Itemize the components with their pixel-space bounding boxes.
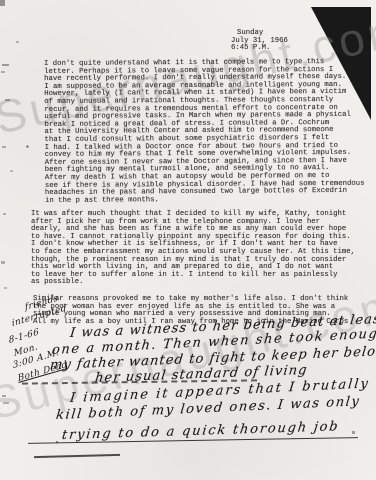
text-line: 6:45 P.M. bbox=[231, 45, 288, 53]
text-line: in the p ast three months. bbox=[45, 195, 365, 205]
typed-paragraph-2: It was after much thought that I decided… bbox=[31, 211, 355, 287]
scanned-letter-page: Supernaught.com Supernaught.com SundayJu… bbox=[0, 0, 376, 480]
short-rule bbox=[34, 454, 120, 458]
text-line: as possible. bbox=[31, 279, 355, 287]
margin-asterisk: * bbox=[25, 145, 30, 154]
typed-paragraph-1: I don't quite understand what it is that… bbox=[44, 59, 365, 206]
letter-dateline: SundayJuly 31, 19666:45 P.M. bbox=[231, 30, 288, 53]
